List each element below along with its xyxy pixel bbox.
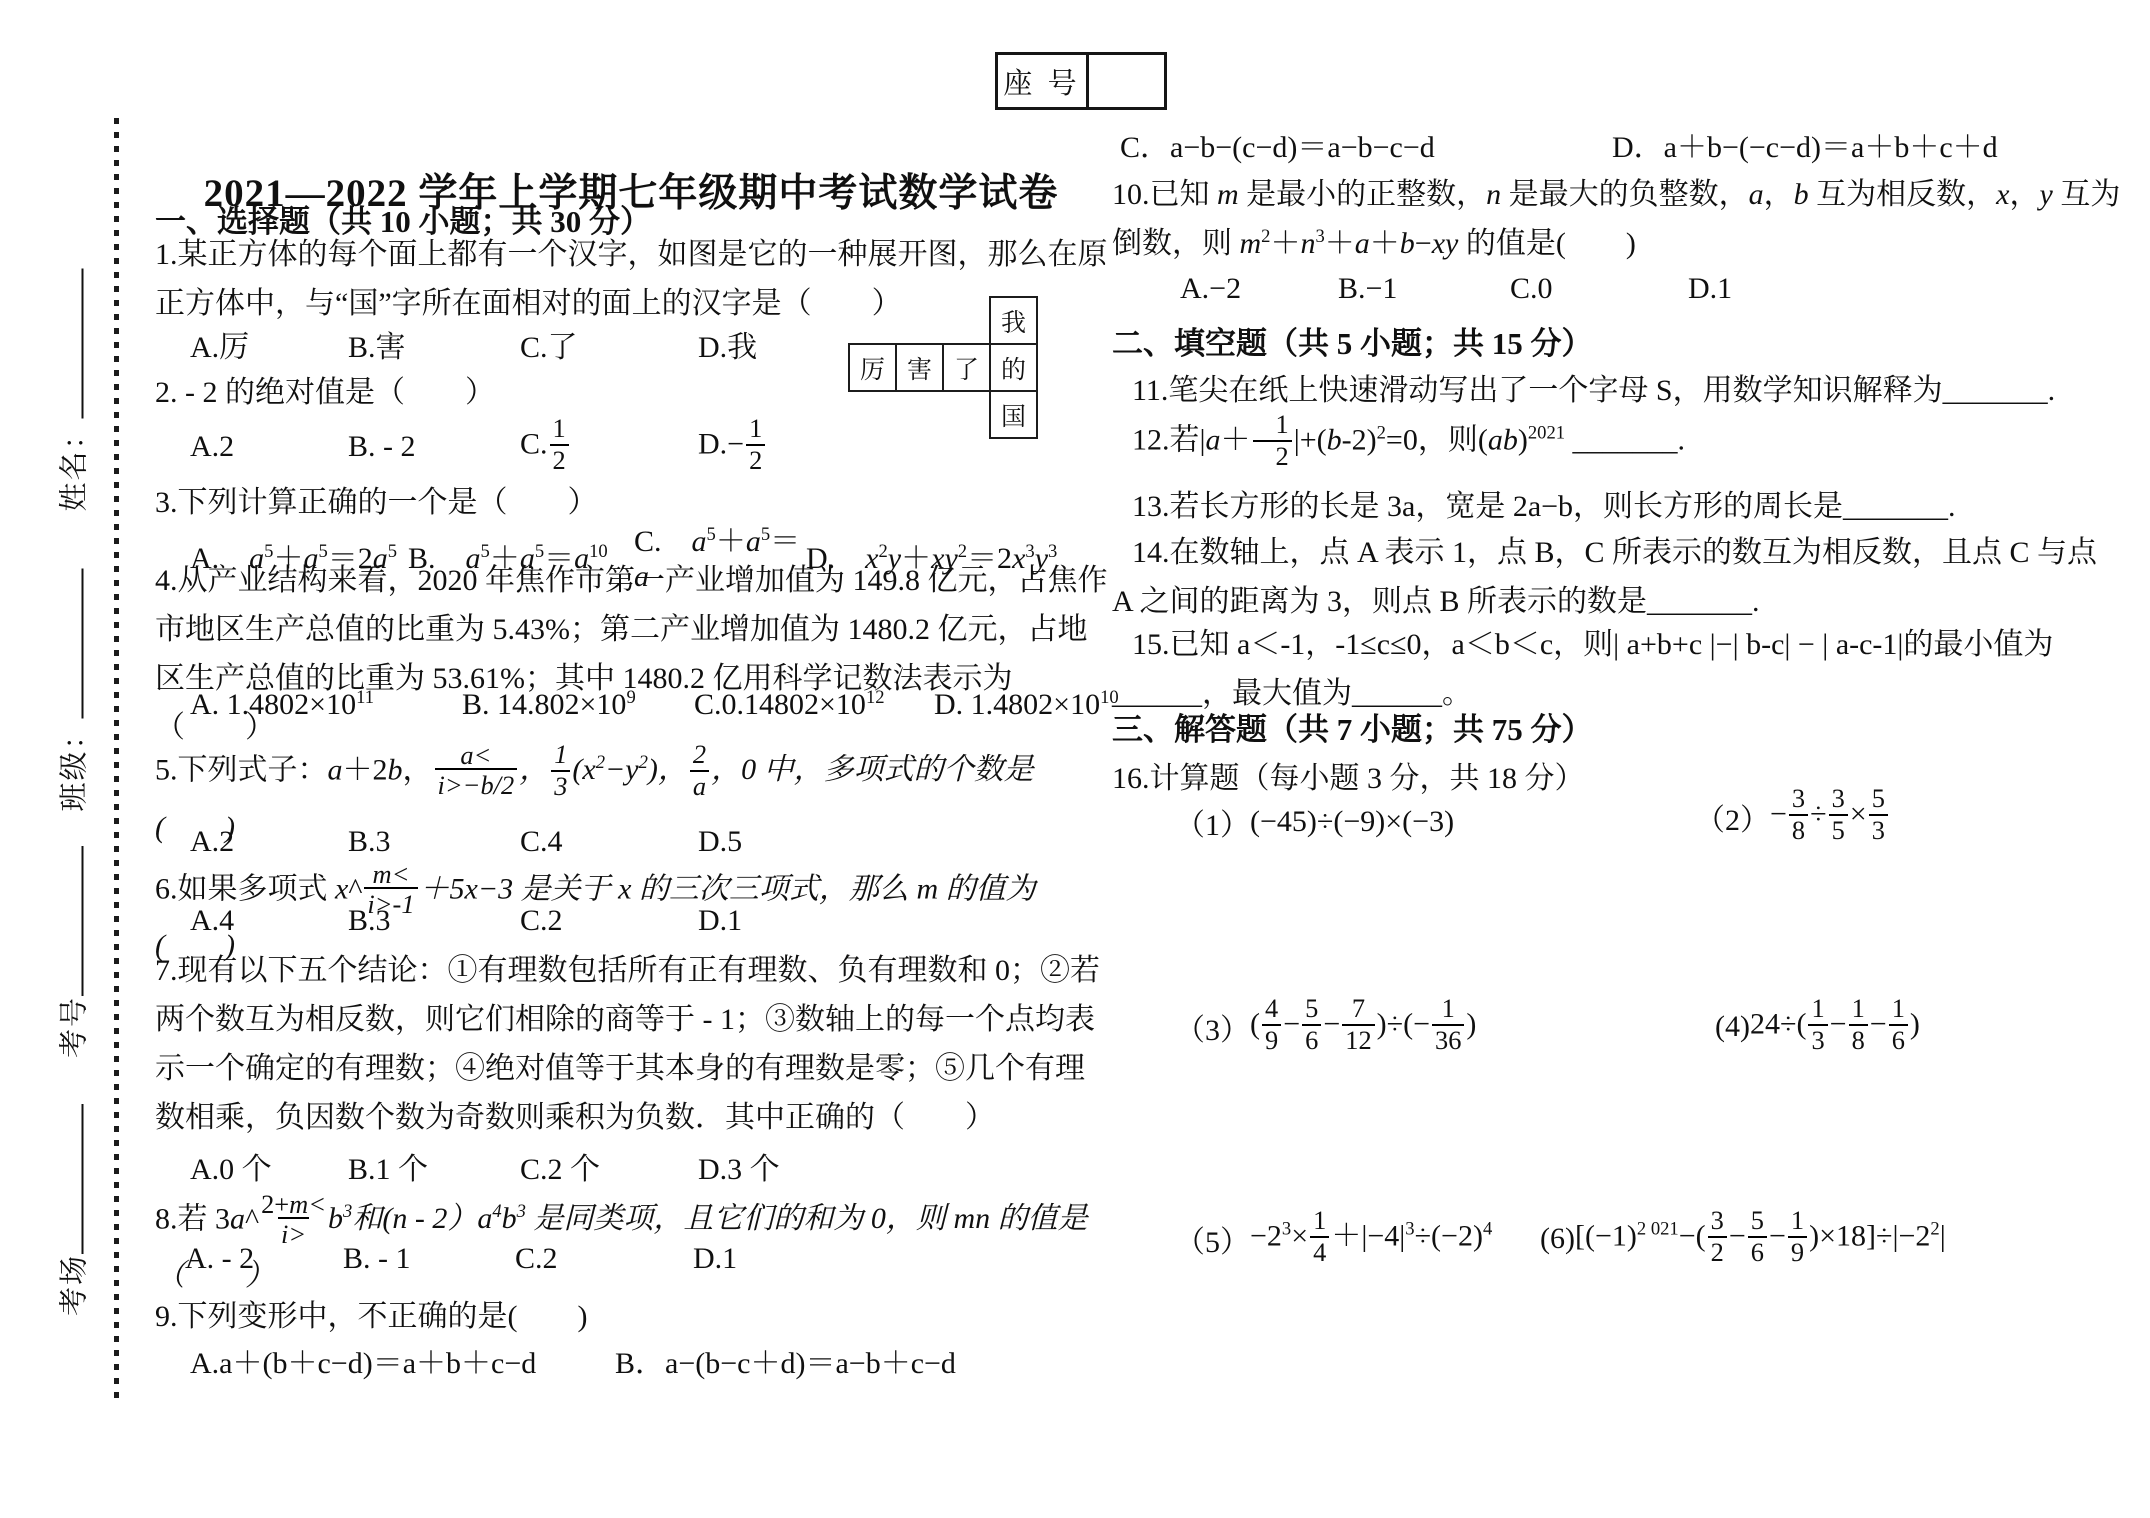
q4-options: A. 1.4802×1011 B. 14.802×109 C.0.14802×1…	[190, 688, 1148, 722]
margin-field-class: 班级：	[52, 568, 93, 811]
q8-option-c: C.2	[515, 1242, 693, 1276]
section-solve-heading: 三、解答题（共 7 小题；共 75 分）	[1112, 704, 2124, 749]
seat-number-box: 座 号	[995, 52, 1167, 110]
q16-item-5: （5）−23×14＋|−4|3÷(−2)4	[1175, 1208, 1492, 1269]
q16-item-2-no: （2）	[1695, 795, 1770, 839]
q13-stem: 13.若长方形的长是 3a，宽是 2a−b，则长方形的周长是_______.	[1112, 482, 2124, 531]
q16-item-3: （3）(49−56−712)÷(−136)	[1175, 996, 1476, 1057]
q12-stem: 12.若|a＋12|+(b-2)2=0，则(ab)2021 _______.	[1112, 412, 2124, 473]
q16-item-2-expr: −38÷35×53	[1770, 786, 1890, 847]
q9-option-c: C．a−b−(c−d)＝a−b−c−d	[1120, 122, 1612, 166]
q10-option-a: A.−2	[1180, 272, 1338, 306]
q16-item-3-no: （3）	[1175, 1005, 1250, 1049]
q6-options: A.4 B.3 C.2 D.1	[190, 904, 1148, 938]
q7-option-b: B.1 个	[348, 1144, 520, 1188]
q2-option-a: A.2	[190, 430, 348, 464]
q16-item-1-no: （1）	[1175, 800, 1250, 844]
q5-option-c: C.4	[520, 825, 698, 859]
name-blank-line	[53, 268, 84, 418]
binding-dotted-line	[114, 118, 119, 1403]
q5-options: A.2 B.3 C.4 D.5	[190, 825, 1148, 859]
q4-stem: 4.从产业结构来看，2020 年焦作市第一产业增加值为 149.8 亿元，占焦作…	[155, 556, 1113, 752]
q6-option-d: D.1	[698, 904, 742, 938]
q1-option-d: D.我	[698, 322, 757, 366]
q1-option-a: A.厉	[190, 322, 348, 366]
q2-option-c: C.12	[520, 416, 698, 477]
q10-option-b: B.−1	[1338, 272, 1510, 306]
q7-option-a: A.0 个	[190, 1144, 348, 1188]
q16-item-3-expr: (49−56−712)÷(−136)	[1250, 996, 1476, 1057]
q1-option-c: C.了	[520, 322, 698, 366]
q10-options: A.−2 B.−1 C.0 D.1	[1180, 272, 1732, 306]
name-label: 姓名：	[59, 418, 91, 511]
q16-item-5-no: （5）	[1175, 1217, 1250, 1261]
exam-room-blank-line	[53, 1104, 84, 1254]
q16-header: 16.计算题（每小题 3 分，共 18 分）	[1112, 754, 2124, 803]
q16-item-6: (6)[(−1)2 021−(32−56−19)×18]÷|−22|	[1540, 1208, 1946, 1269]
q9-option-b: B．a−(b−c＋d)＝a−b＋c−d	[615, 1338, 956, 1382]
q4-option-b: B. 14.802×109	[462, 688, 694, 722]
q6-option-c: C.2	[520, 904, 698, 938]
q4-option-d: D. 1.4802×1010	[934, 688, 1119, 722]
q9-options-cd: C．a−b−(c−d)＝a−b−c−d D．a＋b−(−c−d)＝a＋b＋c＋d	[1120, 122, 2132, 166]
q2-options: A.2 B. - 2 C.12 D.−12	[190, 412, 1148, 482]
margin-field-exam-no: 考号	[52, 846, 93, 1058]
q14-stem: 14.在数轴上，点 A 表示 1，点 B，C 所表示的数互为相反数，且点 C 与…	[1112, 528, 2124, 626]
q2-stem: 2. - 2 的绝对值是（ ）	[155, 368, 1113, 417]
q16-item-4-expr: 24÷(13−18−16)	[1750, 996, 1920, 1057]
q8-option-a: A. - 2	[185, 1242, 343, 1276]
exam-no-label: 考号	[59, 996, 91, 1058]
q1-options: A.厉 B.害 C.了 D.我	[190, 322, 1148, 366]
q16-item-4-no: (4)	[1715, 1010, 1750, 1044]
q16-item-1-expr: (−45)÷(−9)×(−3)	[1250, 805, 1454, 839]
q5-option-a: A.2	[190, 825, 348, 859]
q9-stem: 9.下列变形中，不正确的是( )	[155, 1292, 1113, 1341]
q5-option-d: D.5	[698, 825, 742, 859]
q9-option-a: A.a＋(b＋c−d)＝a＋b＋c−d	[190, 1338, 615, 1382]
q10-stem: 10.已知 m 是最小的正整数，n 是最大的负整数，a，b 互为相反数，x，y …	[1112, 170, 2124, 268]
seat-number-empty-cell	[1089, 55, 1164, 107]
q7-stem: 7.现有以下五个结论：①有理数包括所有正有理数、负有理数和 0；②若两个数互为相…	[155, 946, 1113, 1142]
q7-options: A.0 个 B.1 个 C.2 个 D.3 个	[190, 1144, 1148, 1188]
q6-option-b: B.3	[348, 904, 520, 938]
q16-item-6-no: (6)	[1540, 1222, 1575, 1256]
q2-option-d: D.−12	[698, 416, 767, 477]
q8-option-d: D.1	[693, 1242, 737, 1276]
q2-option-b: B. - 2	[348, 430, 520, 464]
margin-field-name: 姓名：	[52, 268, 93, 511]
q4-option-c: C.0.14802×1012	[694, 688, 934, 722]
exam-room-label: 考场	[59, 1254, 91, 1316]
q8-option-b: B. - 1	[343, 1242, 515, 1276]
q16-item-4: (4)24÷(13−18−16)	[1715, 996, 1920, 1057]
q11-stem: 11.笔尖在纸上快速滑动写出了一个字母 S，用数学知识解释为_______.	[1112, 366, 2124, 415]
q16-item-6-expr: [(−1)2 021−(32−56−19)×18]÷|−22|	[1575, 1208, 1946, 1269]
margin-field-exam-room: 考场	[52, 1104, 93, 1316]
q4-option-a: A. 1.4802×1011	[190, 688, 462, 722]
q16-item-2: （2）−38÷35×53	[1695, 786, 1890, 847]
q7-option-d: D.3 个	[698, 1144, 780, 1188]
q5-option-b: B.3	[348, 825, 520, 859]
q8-options: A. - 2 B. - 1 C.2 D.1	[185, 1242, 1143, 1276]
q16-item-5-expr: −23×14＋|−4|3÷(−2)4	[1250, 1208, 1492, 1269]
q16-item-1: （1）(−45)÷(−9)×(−3)	[1175, 800, 1454, 844]
q6-option-a: A.4	[190, 904, 348, 938]
q10-option-d: D.1	[1688, 272, 1732, 306]
q9-option-d: D．a＋b−(−c−d)＝a＋b＋c＋d	[1612, 122, 1998, 166]
seat-number-label: 座 号	[998, 55, 1089, 107]
class-blank-line	[53, 568, 84, 718]
q1-option-b: B.害	[348, 322, 520, 366]
q9-options-ab: A.a＋(b＋c−d)＝a＋b＋c−d B．a−(b−c＋d)＝a−b＋c−d	[190, 1338, 1148, 1382]
exam-no-blank-line	[53, 846, 84, 996]
section-fill-heading: 二、填空题（共 5 小题；共 15 分）	[1112, 318, 2124, 363]
class-label: 班级：	[59, 718, 91, 811]
q10-option-c: C.0	[1510, 272, 1688, 306]
q7-option-c: C.2 个	[520, 1144, 698, 1188]
